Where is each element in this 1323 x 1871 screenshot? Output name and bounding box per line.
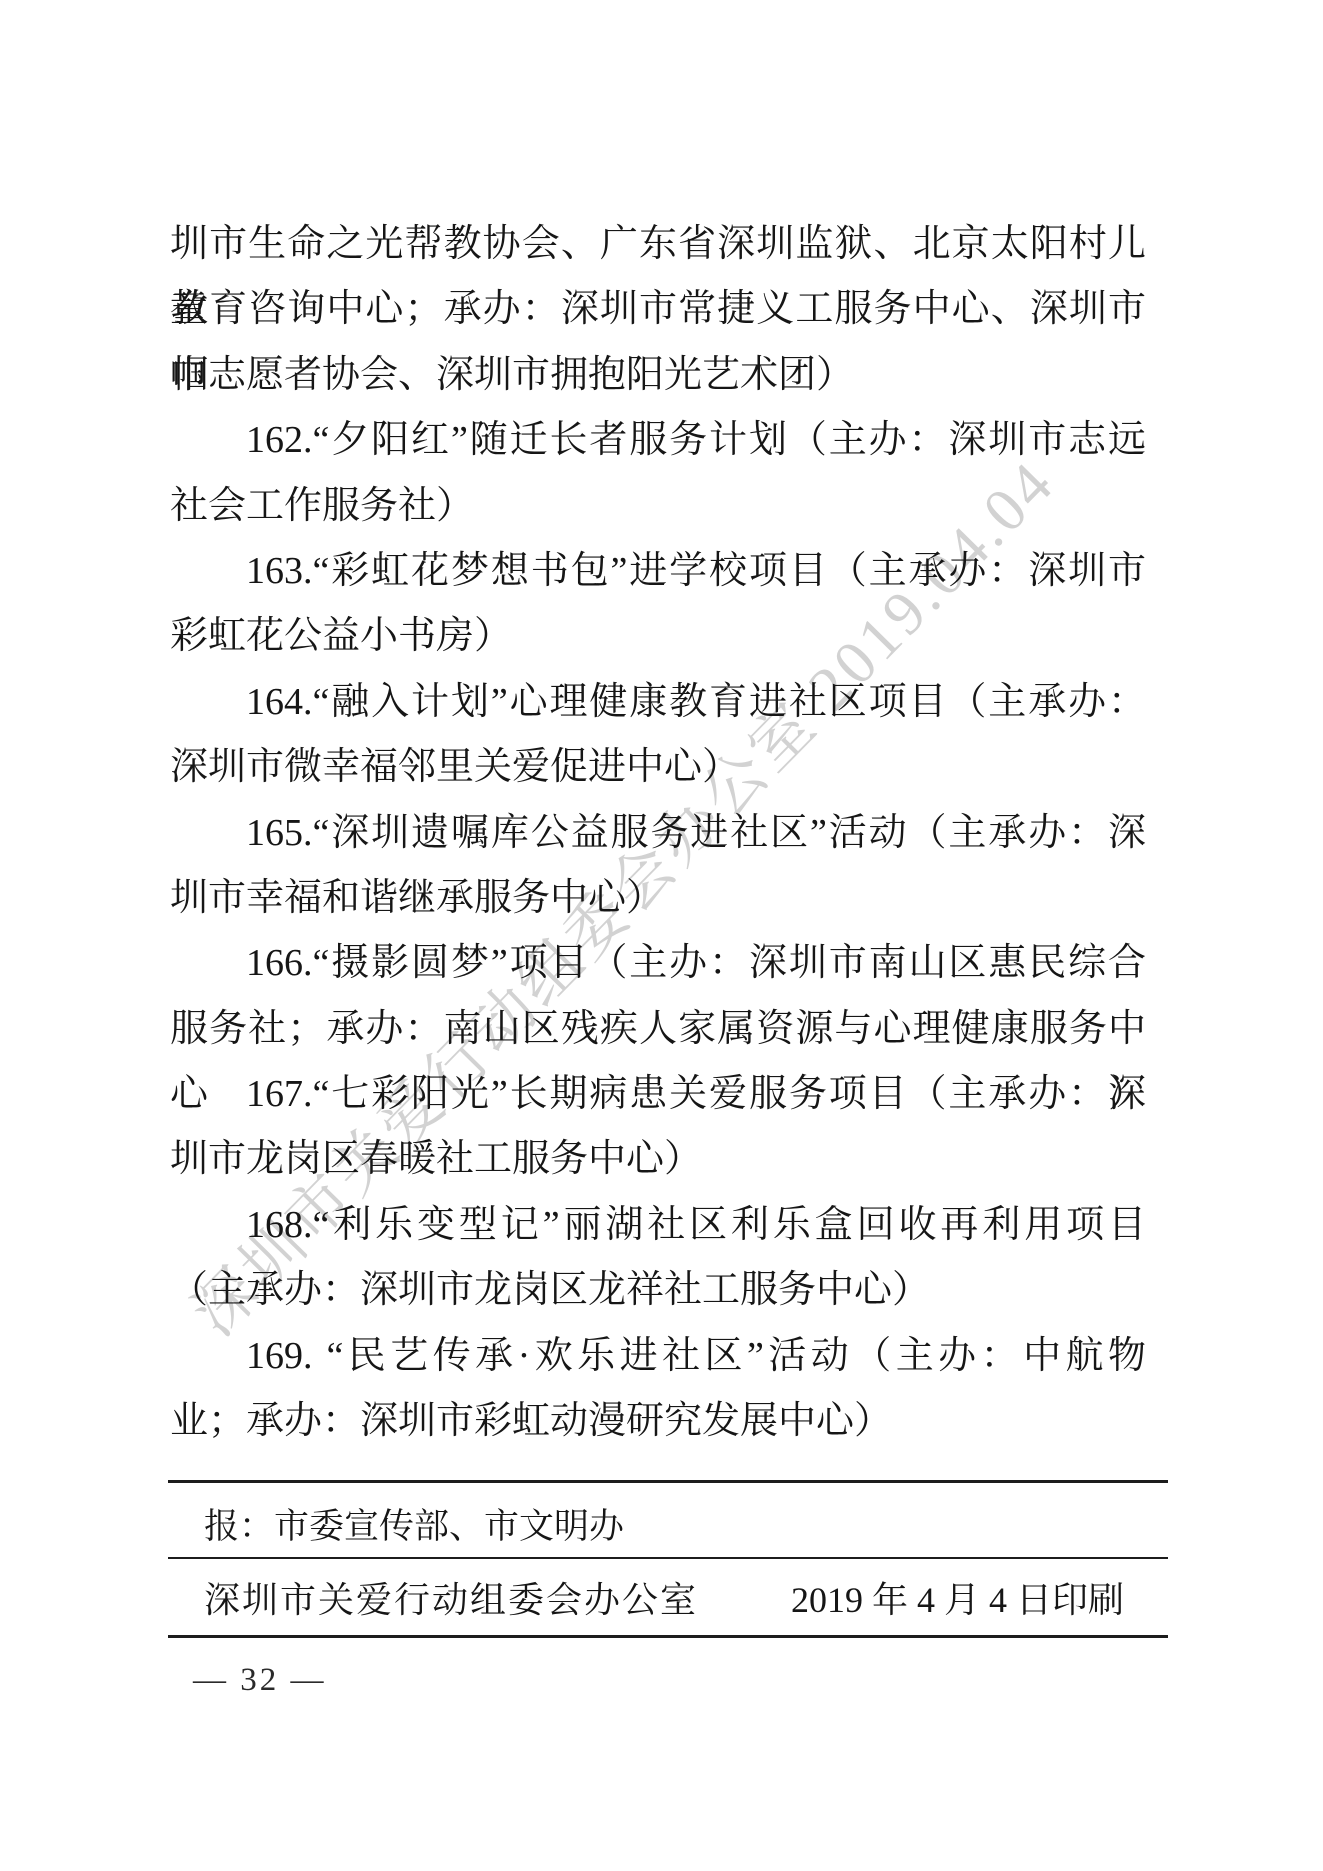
- issuing-office: 深圳市关爱行动组委会办公室: [204, 1566, 698, 1634]
- footer-issuer-row: 深圳市关爱行动组委会办公室 2019 年 4 月 4 日印刷: [168, 1566, 1168, 1634]
- body-line: 167.“七彩阳光”长期病患关爱服务项目（主承办：深: [170, 1062, 1146, 1127]
- body-line: 163.“彩虹花梦想书包”进学校项目（主承办：深圳市: [170, 539, 1146, 604]
- footer-rule-middle: [168, 1557, 1168, 1559]
- page-number: — 32 —: [193, 1658, 327, 1702]
- body-line: 业；承办：深圳市彩虹动漫研究发展中心）: [170, 1389, 1146, 1454]
- body-line: 169. “民艺传承·欢乐进社区”活动（主办：中航物: [170, 1324, 1146, 1389]
- body-line: 164.“融入计划”心理健康教育进社区项目（主承办：: [170, 670, 1146, 735]
- print-date: 2019 年 4 月 4 日印刷: [791, 1566, 1124, 1634]
- body-line: 166.“摄影圆梦”项目（主办：深圳市南山区惠民综合: [170, 931, 1146, 996]
- body-line: 168.“利乐变型记”丽湖社区利乐盒回收再利用项目: [170, 1193, 1146, 1258]
- body-line: 圳市幸福和谐继承服务中心）: [170, 866, 1146, 931]
- body-line: 165.“深圳遗嘱库公益服务进社区”活动（主承办：深: [170, 801, 1146, 866]
- body-line: 162.“夕阳红”随迁长者服务计划（主办：深圳市志远: [170, 408, 1146, 473]
- body-line: 彩虹花公益小书房）: [170, 604, 1146, 669]
- body-line: 圳市龙岗区春暖社工服务中心）: [170, 1127, 1146, 1192]
- document-page: 深圳市关爱行动组委会办公室 2019.04.04 圳市生命之光帮教协会、广东省深…: [0, 0, 1323, 1871]
- body-line: 教育咨询中心；承办：深圳市常捷义工服务中心、深圳市巾: [170, 277, 1146, 342]
- body-line: 社会工作服务社）: [170, 474, 1146, 539]
- body-line: 圳市生命之光帮教协会、广东省深圳监狱、北京太阳村儿童: [170, 212, 1146, 277]
- footer-rule-bottom: [168, 1635, 1168, 1638]
- report-recipients-line: 报：市委宣传部、市文明办: [168, 1498, 1168, 1556]
- body-text: 圳市生命之光帮教协会、广东省深圳监狱、北京太阳村儿童 教育咨询中心；承办：深圳市…: [170, 212, 1146, 1454]
- body-line: 深圳市微幸福邻里关爱促进中心）: [170, 735, 1146, 800]
- body-line: （主承办：深圳市龙岗区龙祥社工服务中心）: [170, 1258, 1146, 1323]
- body-line: 帼志愿者协会、深圳市拥抱阳光艺术团）: [170, 343, 1146, 408]
- body-line: 服务社；承办：南山区残疾人家属资源与心理健康服务中心）: [170, 997, 1146, 1062]
- footer-rule-top: [168, 1480, 1168, 1483]
